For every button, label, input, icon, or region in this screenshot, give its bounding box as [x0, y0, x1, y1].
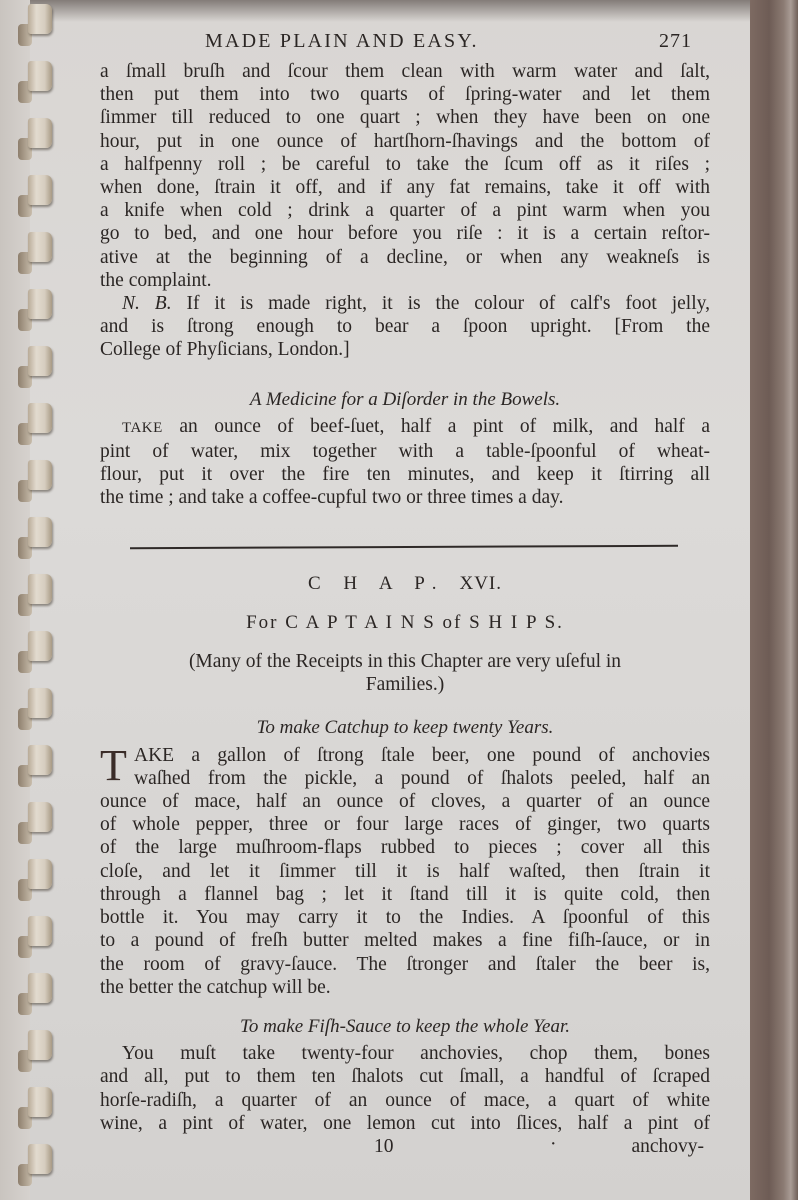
ink-speck: ·	[550, 1133, 557, 1156]
running-head: MADE PLAIN AND EASY. 271	[100, 30, 710, 60]
text-line: a knife when cold ; drink a quarter of a…	[100, 199, 710, 222]
spiral-coil	[28, 859, 52, 889]
recipe-heading-catchup: To make Catchup to keep twenty Years.	[100, 716, 710, 739]
running-head-title: MADE PLAIN AND EASY.	[205, 30, 479, 53]
chapter-heading: C H A P.XVI.	[100, 572, 710, 595]
recipe-catchup-text: T AKE a gallon of ſtrong ſtale beer, one…	[100, 744, 710, 999]
spiral-coil	[28, 802, 52, 832]
nb-lead: N. B.	[122, 293, 172, 314]
spiral-coil	[28, 4, 52, 34]
text-line: ounce of mace, half an ounce of cloves, …	[100, 790, 710, 813]
spiral-coil	[28, 232, 52, 262]
recipe-fish-sauce-text: You muſt take twenty-four anchovies, cho…	[100, 1042, 710, 1135]
recipe-heading-bowels: A Medicine for a Diſorder in the Bowels.	[100, 388, 710, 411]
recipe-bowels-text: Take an ounce of beef-ſuet, half a pint …	[100, 415, 710, 510]
lead-word: Take	[122, 420, 163, 436]
spiral-coil	[28, 118, 52, 148]
text-line: a gallon of ſtrong ſtale beer, one pound…	[191, 745, 710, 766]
spiral-coil	[28, 916, 52, 946]
book-edge	[750, 0, 798, 1200]
text-line: and is ſtrong enough to bear a ſpoon upr…	[100, 315, 710, 338]
text-line: You muſt take twenty-four anchovies, cho…	[100, 1042, 710, 1065]
text-line: (Many of the Receipts in this Chapter ar…	[100, 650, 710, 673]
page-footer: 10 · anchovy-	[100, 1135, 710, 1161]
text-line: ſimmer till reduced to one quart ; when …	[100, 106, 710, 129]
spiral-coil	[28, 1087, 52, 1117]
continued-paragraph: a ſmall bruſh and ſcour them clean with …	[100, 60, 710, 292]
text-line: then put them into two quarts of ſpring-…	[100, 83, 710, 106]
catchword: anchovy-	[631, 1135, 704, 1158]
spiral-coil	[28, 460, 52, 490]
text-line: College of Phyſicians, London.]	[100, 338, 710, 361]
chapter-number: XVI.	[459, 573, 502, 594]
text-line: cloſe, and let it ſimmer till it is half…	[100, 860, 710, 883]
section-divider	[130, 544, 678, 548]
text-line: wine, a pint of water, one lemon cut int…	[100, 1112, 710, 1135]
drop-cap: T	[100, 746, 127, 786]
spiral-coil	[28, 175, 52, 205]
nb-paragraph: N. B. If it is made right, it is the col…	[100, 292, 710, 362]
chapter-title: For C A P T A I N S of S H I P S.	[100, 611, 710, 634]
page-top-shadow	[30, 0, 750, 22]
spiral-coil	[28, 1144, 52, 1174]
chapter-note: (Many of the Receipts in this Chapter ar…	[100, 650, 710, 696]
text-line: a ſmall bruſh and ſcour them clean with …	[100, 60, 710, 83]
text-line: horſe-radiſh, a quarter of an ounce of m…	[100, 1089, 710, 1112]
text-line: of the large muſhroom-flaps rubbed to pi…	[100, 836, 710, 859]
text-line: If it is made right, it is the colour of…	[187, 293, 710, 314]
page-content: MADE PLAIN AND EASY. 271 a ſmall bruſh a…	[100, 30, 710, 1161]
spiral-coil	[28, 574, 52, 604]
text-line: the time ; and take a coffee-cupful two …	[100, 486, 710, 509]
recipe-heading-fish-sauce: To make Fiſh-Sauce to keep the whole Yea…	[100, 1015, 710, 1038]
spiral-binding	[14, 0, 64, 1200]
spiral-coil	[28, 403, 52, 433]
spiral-coil	[28, 61, 52, 91]
spiral-coil	[28, 631, 52, 661]
text-line: hour, put in one ounce of hartſhorn-ſhav…	[100, 130, 710, 153]
page-number: 271	[659, 30, 692, 53]
text-line: the room of gravy-ſauce. The ſtronger an…	[100, 953, 710, 976]
text-line: and all, put to them ten ſhalots cut ſma…	[100, 1065, 710, 1088]
spiral-coil	[28, 973, 52, 1003]
text-line: when done, ſtrain it off, and if any fat…	[100, 176, 710, 199]
text-line: flour, put it over the fire ten minutes,…	[100, 463, 710, 486]
text-line: pint of water, mix together with a table…	[100, 440, 710, 463]
text-line: waſhed from the pickle, a pound of ſhalo…	[100, 767, 710, 790]
text-line: ative at the beginning of a decline, or …	[100, 246, 710, 269]
text-line: bottle it. You may carry it to the Indie…	[100, 906, 710, 929]
text-line: an ounce of beef-ſuet, half a pint of mi…	[179, 416, 710, 437]
text-line: the better the catchup will be.	[100, 976, 710, 999]
text-line: of whole pepper, three or four large rac…	[100, 813, 710, 836]
text-line: through a flannel bag ; let it ſtand til…	[100, 883, 710, 906]
text-line: the complaint.	[100, 269, 710, 292]
text-line: a halfpenny roll ; be careful to take th…	[100, 153, 710, 176]
first-word-rest: AKE	[134, 745, 174, 766]
spiral-coil	[28, 517, 52, 547]
spiral-coil	[28, 289, 52, 319]
spiral-coil	[28, 1030, 52, 1060]
text-line: to a pound of freſh butter melted makes …	[100, 929, 710, 952]
chapter-label: C H A P.	[308, 573, 445, 594]
text-line: Families.)	[100, 673, 710, 696]
signature-mark: 10	[374, 1135, 394, 1158]
spiral-coil	[28, 745, 52, 775]
text-line: go to bed, and one hour before you riſe …	[100, 222, 710, 245]
spiral-coil	[28, 346, 52, 376]
spiral-coil	[28, 688, 52, 718]
